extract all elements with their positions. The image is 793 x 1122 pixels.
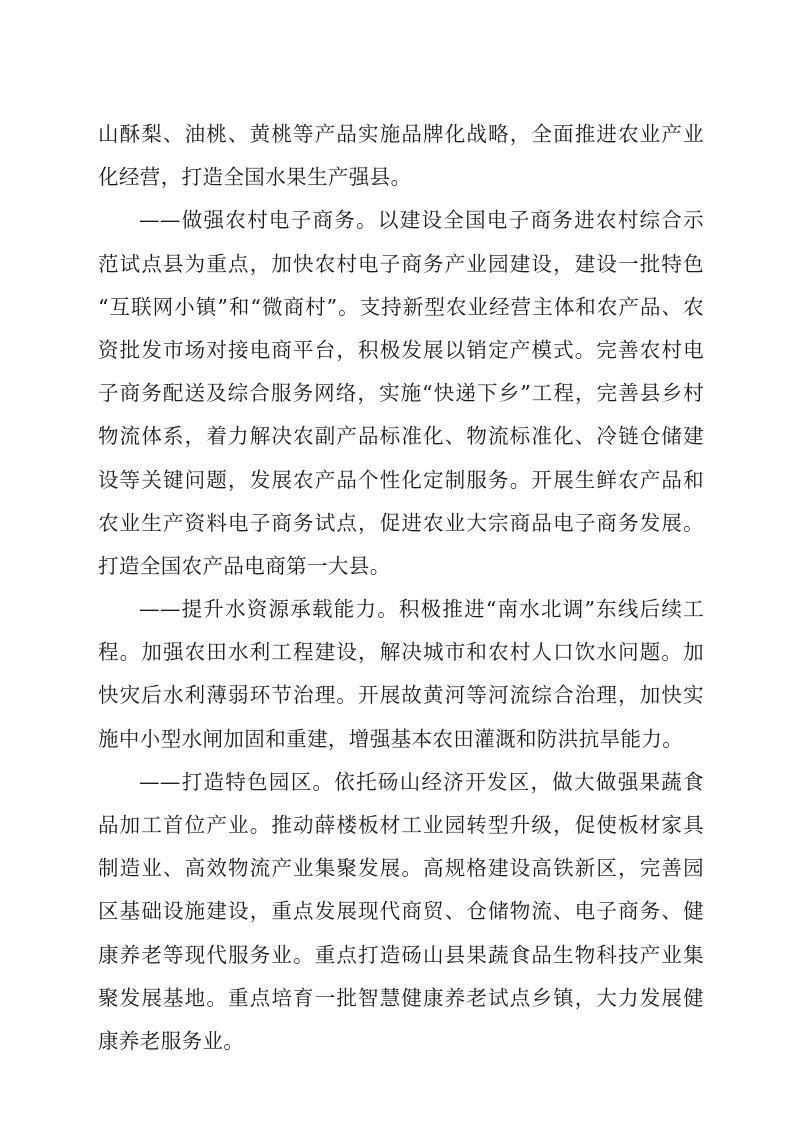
text-line: 快灾后水利薄弱环节治理。开展故黄河等河流综合治理，加快实 bbox=[98, 674, 704, 717]
paragraph-fruit-branding: 山酥梨、油桃、黄桃等产品实施品牌化战略，全面推进农业产业 化经营，打造全国水果生… bbox=[98, 113, 704, 199]
text-line: 山酥梨、油桃、黄桃等产品实施品牌化战略，全面推进农业产业 bbox=[98, 113, 704, 156]
text-line: ——做强农村电子商务。以建设全国电子商务进农村综合示 bbox=[98, 199, 704, 242]
text-line: 设等关键问题，发展农产品个性化定制服务。开展生鲜农产品和 bbox=[98, 459, 704, 502]
text-line: 范试点县为重点，加快农村电子商务产业园建设，建设一批特色 bbox=[98, 243, 704, 286]
paragraph-rural-ecommerce: ——做强农村电子商务。以建设全国电子商务进农村综合示 范试点县为重点，加快农村电… bbox=[98, 199, 704, 588]
text-line: 康养老服务业。 bbox=[98, 1020, 704, 1063]
text-line: ——提升水资源承载能力。积极推进“南水北调”东线后续工 bbox=[98, 588, 704, 631]
text-line: 区基础设施建设，重点发展现代商贸、仓储物流、电子商务、健 bbox=[98, 890, 704, 933]
text-line: 化经营，打造全国水果生产强县。 bbox=[98, 156, 704, 199]
paragraph-industrial-parks: ——打造特色园区。依托砀山经济开发区，做大做强果蔬食 品加工首位产业。推动薛楼板… bbox=[98, 761, 704, 1063]
text-line: 农业生产资料电子商务试点，促进农业大宗商品电子商务发展。 bbox=[98, 502, 704, 545]
text-line: ——打造特色园区。依托砀山经济开发区，做大做强果蔬食 bbox=[98, 761, 704, 804]
text-line: 康养老等现代服务业。重点打造砀山县果蔬食品生物科技产业集 bbox=[98, 934, 704, 977]
text-line: 子商务配送及综合服务网络，实施“快递下乡”工程，完善县乡村 bbox=[98, 372, 704, 415]
text-line: 物流体系，着力解决农副产品标准化、物流标准化、冷链仓储建 bbox=[98, 415, 704, 458]
text-line: “互联网小镇”和“微商村”。支持新型农业经营主体和农产品、农 bbox=[98, 286, 704, 329]
text-line: 品加工首位产业。推动薛楼板材工业园转型升级，促使板材家具 bbox=[98, 804, 704, 847]
text-line: 聚发展基地。重点培育一批智慧健康养老试点乡镇，大力发展健 bbox=[98, 977, 704, 1020]
document-page: 山酥梨、油桃、黄桃等产品实施品牌化战略，全面推进农业产业 化经营，打造全国水果生… bbox=[98, 113, 704, 1063]
paragraph-water-resources: ——提升水资源承载能力。积极推进“南水北调”东线后续工 程。加强农田水利工程建设… bbox=[98, 588, 704, 761]
text-line: 制造业、高效物流产业集聚发展。高规格建设高铁新区，完善园 bbox=[98, 847, 704, 890]
text-line: 施中小型水闸加固和重建，增强基本农田灌溉和防洪抗旱能力。 bbox=[98, 718, 704, 761]
text-line: 打造全国农产品电商第一大县。 bbox=[98, 545, 704, 588]
text-line: 程。加强农田水利工程建设，解决城市和农村人口饮水问题。加 bbox=[98, 631, 704, 674]
text-line: 资批发市场对接电商平台，积极发展以销定产模式。完善农村电 bbox=[98, 329, 704, 372]
